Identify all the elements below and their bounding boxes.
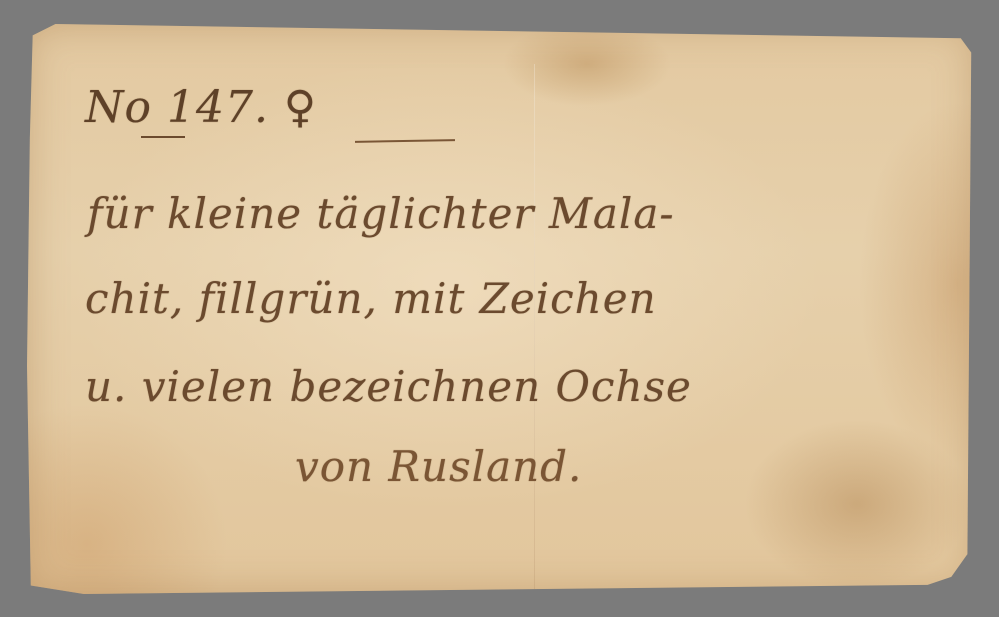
paper-label: No 147. ♀ für kleine täglichter Mala- ch… (27, 24, 975, 594)
handwritten-line-4: u. vielen bezeichnen Ochse (85, 362, 692, 411)
handwritten-line-5: von Rusland. (295, 442, 582, 491)
handwritten-line-2: für kleine täglichter Mala- (87, 189, 675, 238)
viewer-canvas: No 147. ♀ für kleine täglichter Mala- ch… (0, 0, 999, 617)
paper-fold-crease (534, 64, 535, 614)
handwritten-line-3: chit, fillgrün, mit Zeichen (85, 274, 657, 323)
label-number-line: No 147. ♀ (85, 82, 317, 133)
label-number-text: No 147. ♀ (85, 82, 317, 133)
symbol-underline (355, 139, 455, 143)
number-underline (141, 136, 185, 138)
